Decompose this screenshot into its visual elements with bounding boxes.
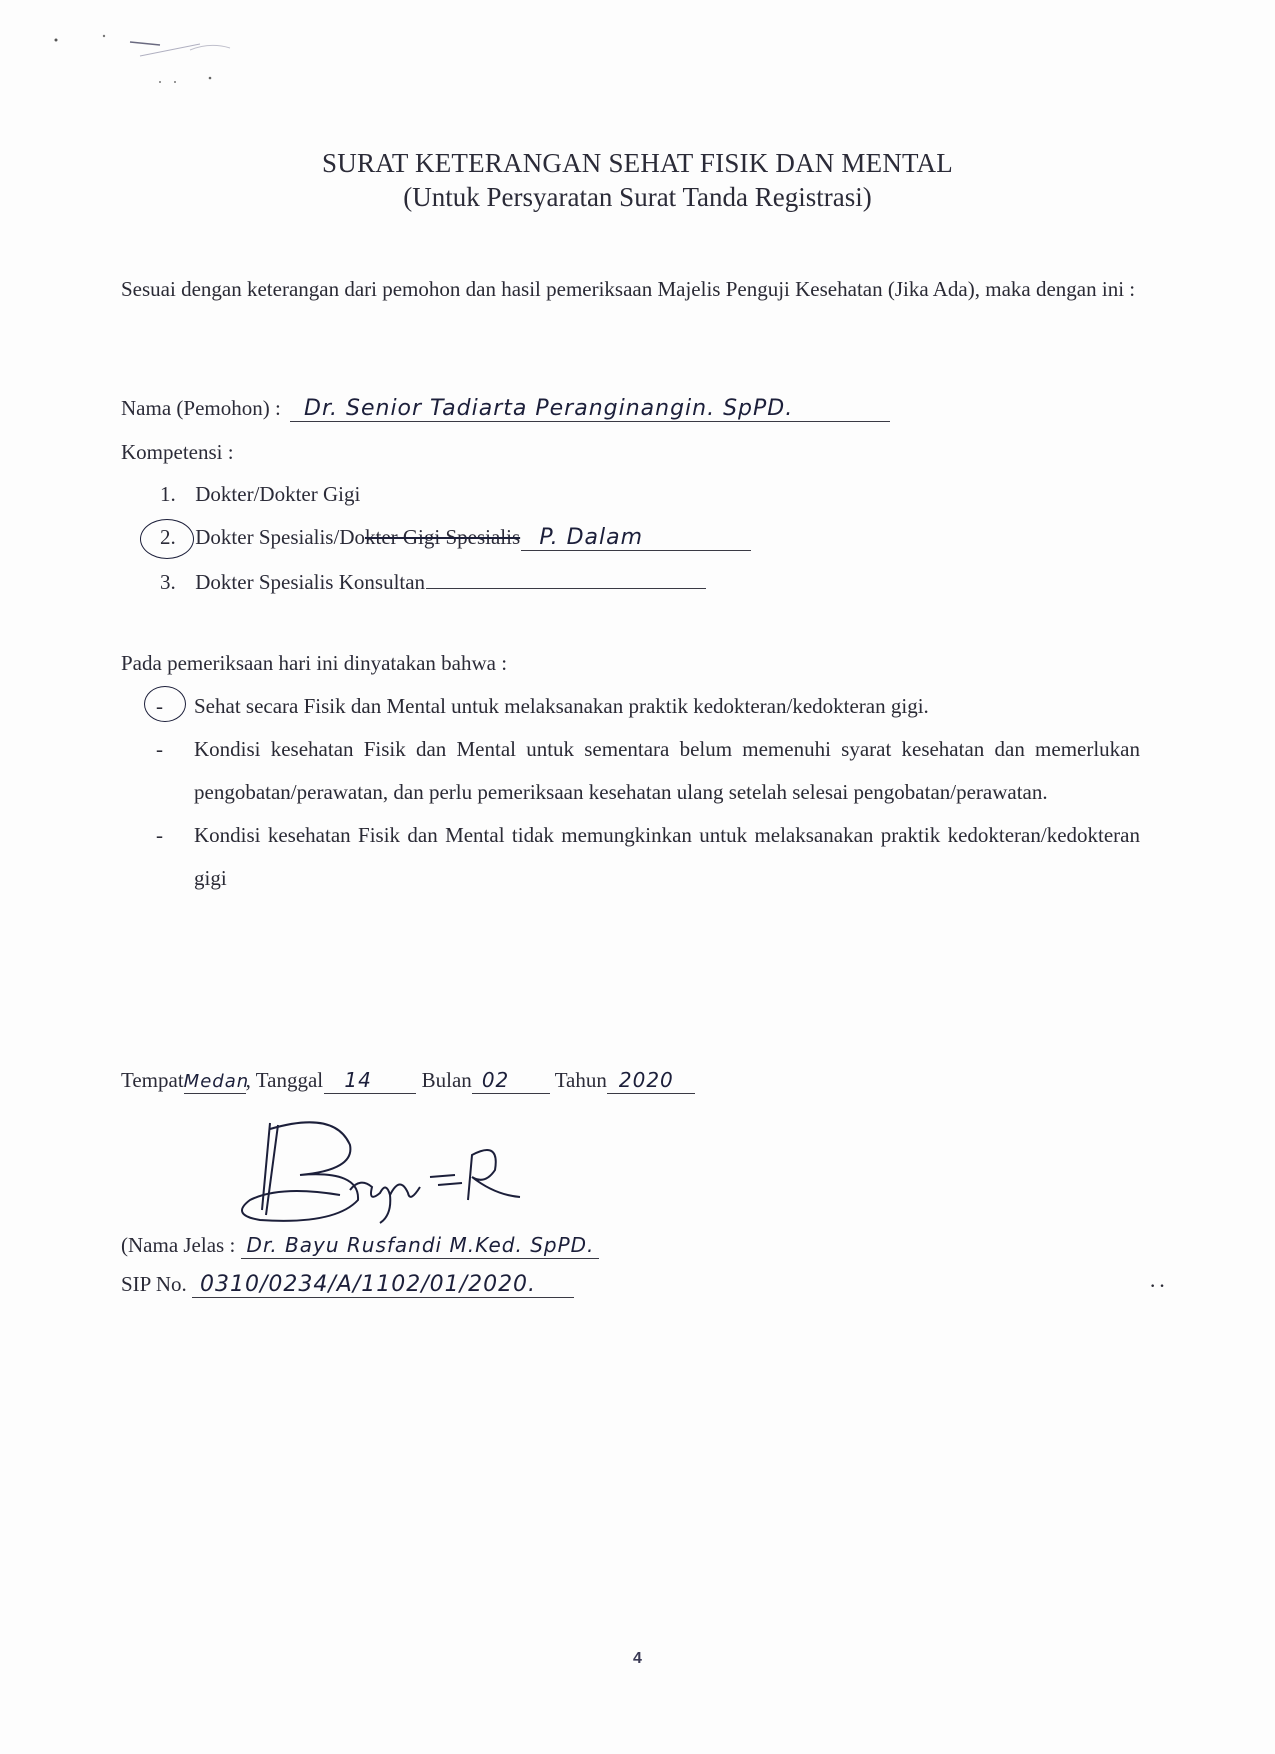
place-value: Medan [184, 1071, 249, 1092]
document-page: SURAT KETERANGAN SEHAT FISIK DAN MENTAL … [0, 0, 1275, 1754]
competency-item-3[interactable]: 3. Dokter Spesialis Konsultan [160, 568, 706, 595]
competency-item-1[interactable]: 1. Dokter/Dokter Gigi [160, 482, 360, 507]
competency-label-text: Dokter Spesialis Konsultan [195, 570, 425, 594]
month-value: 02 [472, 1068, 509, 1092]
page-number: 4 [0, 1650, 1275, 1668]
scan-artifact-icon [40, 20, 300, 90]
competency-label-text: Dokter Spesialis/Do [195, 525, 365, 549]
day-label: , Tanggal [246, 1068, 323, 1092]
competency-number: 2. [160, 525, 190, 550]
month-label: Bulan [422, 1068, 472, 1092]
handwritten-signature-icon [240, 1115, 550, 1225]
sip-value: 0310/0234/A/1102/01/2020. [192, 1272, 536, 1297]
applicant-value: Dr. Senior Tadiarta Peranginangin. SpPD. [290, 396, 793, 421]
year-value: 2020 [607, 1068, 674, 1092]
sip-row: SIP No. 0310/0234/A/1102/01/2020. [121, 1272, 574, 1298]
competency-number: 1. [160, 482, 190, 507]
title-block: SURAT KETERANGAN SEHAT FISIK DAN MENTAL … [0, 146, 1275, 214]
examination-options: - Sehat secara Fisik dan Mental untuk me… [140, 685, 1140, 900]
clear-name-field[interactable]: Dr. Bayu Rusfandi M.Ked. SpPD. [241, 1233, 599, 1259]
applicant-label: Nama (Pemohon) : [121, 396, 281, 420]
option-text: Sehat secara Fisik dan Mental untuk mela… [194, 694, 929, 718]
clear-name-label: (Nama Jelas : [121, 1233, 235, 1257]
examination-option-2[interactable]: - Kondisi kesehatan Fisik dan Mental unt… [140, 728, 1140, 814]
document-title: SURAT KETERANGAN SEHAT FISIK DAN MENTAL [0, 146, 1275, 180]
day-field[interactable]: 14 [324, 1068, 416, 1094]
day-value: 14 [324, 1068, 371, 1092]
consultant-field[interactable] [426, 568, 706, 589]
competency-label: Kompetensi : [121, 440, 234, 465]
examination-option-3[interactable]: - Kondisi kesehatan Fisik dan Mental tid… [140, 814, 1140, 900]
document-subtitle: (Untuk Persyaratan Surat Tanda Registras… [0, 180, 1275, 214]
specialist-field[interactable]: P. Dalam [521, 525, 751, 551]
month-field[interactable]: 02 [472, 1068, 550, 1094]
option-text: Kondisi kesehatan Fisik dan Mental untuk… [194, 737, 1140, 804]
specialist-value: P. Dalam [521, 525, 643, 550]
year-label: Tahun [555, 1068, 607, 1092]
applicant-row: Nama (Pemohon) : Dr. Senior Tadiarta Per… [121, 396, 890, 422]
clear-name-row: (Nama Jelas : Dr. Bayu Rusfandi M.Ked. S… [121, 1233, 599, 1259]
year-field[interactable]: 2020 [607, 1068, 695, 1094]
competency-number: 3. [160, 570, 190, 595]
examination-intro: Pada pemeriksaan hari ini dinyatakan bah… [121, 651, 507, 676]
sip-label: SIP No. [121, 1272, 187, 1296]
place-label: Tempat [121, 1068, 184, 1092]
competency-label-text: Dokter/Dokter Gigi [195, 482, 360, 506]
place-field[interactable]: Medan [184, 1068, 246, 1094]
competency-item-2[interactable]: 2. Dokter Spesialis/Dokter Gigi Spesiali… [160, 525, 751, 551]
option-marker: - [156, 814, 163, 857]
option-marker: - [156, 728, 163, 771]
option-text: Kondisi kesehatan Fisik dan Mental tidak… [194, 823, 1140, 890]
sip-field[interactable]: 0310/0234/A/1102/01/2020. [192, 1272, 574, 1298]
competency-struck-text: kter Gigi Spesialis [365, 525, 520, 549]
applicant-field[interactable]: Dr. Senior Tadiarta Peranginangin. SpPD. [290, 396, 890, 422]
scan-dots-icon: · · [1150, 1278, 1165, 1296]
intro-paragraph: Sesuai dengan keterangan dari pemohon da… [121, 268, 1139, 310]
clear-name-value: Dr. Bayu Rusfandi M.Ked. SpPD. [241, 1233, 595, 1257]
place-date-row: TempatMedan, Tanggal 14 Bulan02 Tahun202… [121, 1068, 695, 1094]
option-marker: - [156, 685, 163, 728]
examination-option-1[interactable]: - Sehat secara Fisik dan Mental untuk me… [140, 685, 1140, 728]
